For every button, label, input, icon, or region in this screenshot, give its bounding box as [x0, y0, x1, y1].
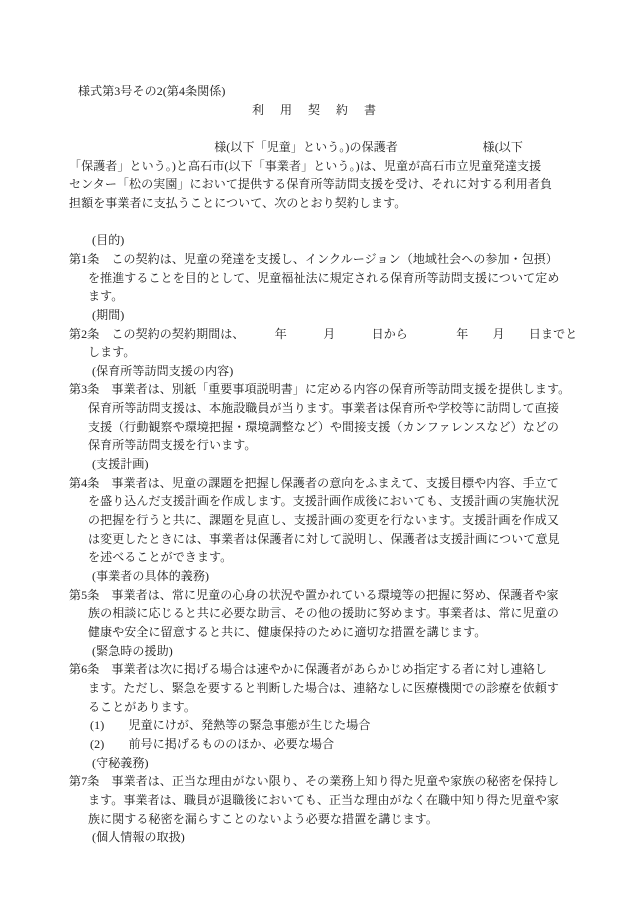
enumerated-item-line: (1) 児童にけが、発熱等の緊急事態が生じた場合	[69, 716, 561, 735]
article-continuation-line: します。	[69, 343, 561, 362]
article-continuation-line: ます。ただし、緊急を要すると判断した場合は、連絡なしに医療機関での診療を依頼す	[69, 679, 561, 698]
article-continuation-line: を盛り込んだ支援計画を作成します。支援計画作成後においても、支援計画の実施状況	[69, 492, 561, 511]
article-continuation-line: ます。	[69, 287, 561, 306]
article-continuation-line: を推進することを目的として、児童福祉法に規定される保育所等訪問支援について定め	[69, 269, 561, 288]
section-heading: (期間)	[69, 306, 561, 325]
section-heading: (個人情報の取扱)	[69, 828, 561, 847]
article-continuation-line: ます。事業者は、職員が退職後においても、正当な理由がなく在職中知り得た児童や家	[69, 791, 561, 810]
section-heading: (目的)	[69, 231, 561, 250]
article-line: 第4条 事業者は、児童の課題を把握し保護者の意向をふまえて、支援目標や内容、手立…	[69, 474, 561, 493]
article-continuation-line: 支援（行動観察や環境把握・環境調整など）や間接支援（カンファレンスなど）などの	[69, 418, 561, 437]
article-line: 第7条 事業者は、正当な理由がない限り、その業務上知り得た児童や家族の秘密を保持…	[69, 772, 561, 791]
section-heading: (保育所等訪問支援の内容)	[69, 362, 561, 381]
article-continuation-line: ることがあります。	[69, 698, 561, 717]
article-line: 第1条 この契約は、児童の発達を支援し、インクルージョン（地域社会への参加・包摂…	[69, 250, 561, 269]
document-title: 利 用 契 約 書	[69, 101, 561, 120]
article-line: 第2条 この契約の契約期間は、 年 月 日から 年 月 日までと	[69, 325, 561, 344]
preamble-line: センター「松の実園」において提供する保育所等訪問支援を受け、それに対する利用者負	[69, 175, 561, 194]
title-spacer	[69, 119, 561, 138]
article-continuation-line: 保育所等訪問支援を行います。	[69, 436, 561, 455]
article-continuation-line: は変更したときには、事業者は保護者に対して説明し、保護者は支援計画について意見	[69, 530, 561, 549]
document-body: 様(以下「児童」という。)の保護者 様(以下「保護者」という。)と高石市(以下「…	[69, 138, 561, 847]
section-heading: (事業者の具体的義務)	[69, 567, 561, 586]
document-content: 様式第3号その2(第4条関係) 利 用 契 約 書 様(以下「児童」という。)の…	[69, 82, 561, 847]
preamble-fill-in-line: 様(以下「児童」という。)の保護者 様(以下	[69, 138, 561, 157]
article-continuation-line: を述べることができます。	[69, 548, 561, 567]
preamble-line: 担額を事業者に支払うことについて、次のとおり契約します。	[69, 194, 561, 213]
article-continuation-line: 族の相談に応じると共に必要な助言、その他の援助に努めます。事業者は、常に児童の	[69, 604, 561, 623]
article-continuation-line: 健康や安全に留意すると共に、健康保持のために適切な措置を講じます。	[69, 623, 561, 642]
article-line: 第6条 事業者は次に掲げる場合は速やかに保護者があらかじめ指定する者に対し連絡し	[69, 660, 561, 679]
contract-document-page: 様式第3号その2(第4条関係) 利 用 契 約 書 様(以下「児童」という。)の…	[0, 0, 630, 903]
article-line: 第5条 事業者は、常に児童の心身の状況や置かれている環境等の把握に努め、保護者や…	[69, 586, 561, 605]
article-continuation-line: 族に関する秘密を漏らすことのないよう必要な措置を講じます。	[69, 810, 561, 829]
section-heading: (緊急時の援助)	[69, 642, 561, 661]
article-continuation-line: の把握を行うと共に、課題を見直し、支援計画の変更を行ないます。支援計画を作成又	[69, 511, 561, 530]
blank-line	[69, 213, 561, 232]
section-heading: (守秘義務)	[69, 754, 561, 773]
article-line: 第3条 事業者は、別紙「重要事項説明書」に定める内容の保育所等訪問支援を提供しま…	[69, 380, 561, 399]
article-continuation-line: 保育所等訪問支援は、本施設職員が当ります。事業者は保育所や学校等に訪問して直接	[69, 399, 561, 418]
form-number: 様式第3号その2(第4条関係)	[69, 82, 561, 101]
section-heading: (支援計画)	[69, 455, 561, 474]
enumerated-item-line: (2) 前号に掲げるもののほか、必要な場合	[69, 735, 561, 754]
preamble-line: 「保護者」という。)と高石市(以下「事業者」という。)は、児童が高石市立児童発達…	[69, 157, 561, 176]
